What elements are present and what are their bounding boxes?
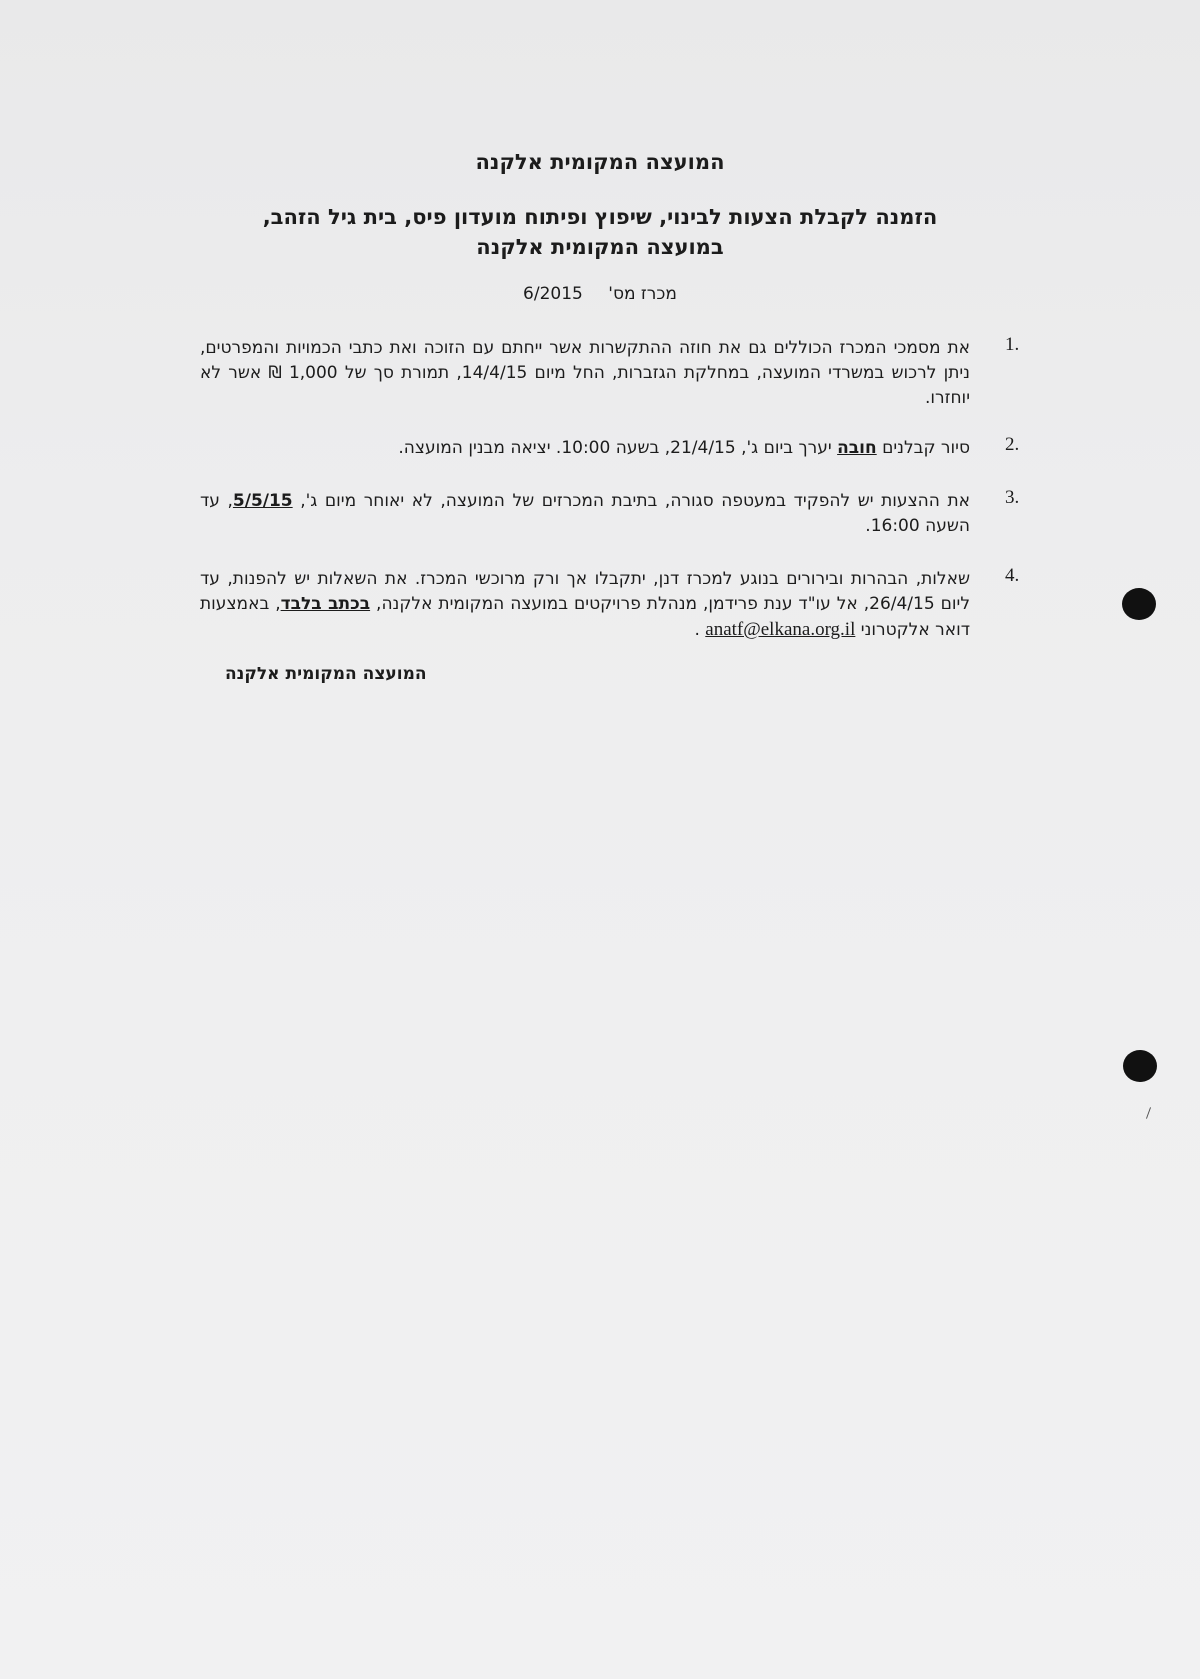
item-number-4: 4. xyxy=(1005,565,1019,587)
item-deadline-date: 5/5/15 xyxy=(233,491,293,511)
list-item-1: את מסמכי המכרז הכוללים גם את חוזה ההתקשר… xyxy=(200,336,970,411)
document-header: המועצה המקומית אלקנה xyxy=(0,150,1200,174)
scanned-document-page: המועצה המקומית אלקנה הזמנה לקבלת הצעות ל… xyxy=(0,0,1200,1679)
pen-mark xyxy=(1146,1107,1151,1119)
item-emphasis: חובה xyxy=(837,438,877,458)
item-number-2: 2. xyxy=(1005,434,1019,456)
document-title: הזמנה לקבלת הצעות לבינוי, שיפוץ ופיתוח מ… xyxy=(0,202,1200,262)
item-text: את ההצעות יש להפקיד במעטפה סגורה, בתיבת … xyxy=(293,491,970,511)
item-number-3: 3. xyxy=(1005,487,1019,509)
item-text: יערך ביום ג', 21/4/15, בשעה 10:00. יציאה… xyxy=(398,438,837,458)
list-item-4: שאלות, הבהרות ובירורים בנוגע למכרז דנן, … xyxy=(200,567,970,643)
item-number-1: 1. xyxy=(1005,334,1019,356)
list-item-3: את ההצעות יש להפקיד במעטפה סגורה, בתיבת … xyxy=(200,489,970,539)
signature: המועצה המקומית אלקנה xyxy=(225,664,427,684)
item-emphasis: בכתב בלבד xyxy=(281,594,370,614)
item-text: את מסמכי המכרז הכוללים גם את חוזה ההתקשר… xyxy=(200,338,970,408)
item-text: סיור קבלנים xyxy=(877,438,970,458)
item-text: . xyxy=(694,620,705,640)
title-line-2: במועצה המקומית אלקנה xyxy=(0,232,1200,262)
tender-number-line: מכרז מס' 6/2015 xyxy=(0,284,1200,304)
tender-label: מכרז מס' xyxy=(608,284,677,304)
title-line-1: הזמנה לקבלת הצעות לבינוי, שיפוץ ופיתוח מ… xyxy=(0,202,1200,232)
email-link[interactable]: anatf@elkana.org.il xyxy=(705,619,855,640)
tender-number: 6/2015 xyxy=(523,284,583,304)
punch-hole-icon xyxy=(1122,588,1156,620)
punch-hole-icon xyxy=(1123,1050,1157,1082)
list-item-2: סיור קבלנים חובה יערך ביום ג', 21/4/15, … xyxy=(200,436,970,461)
